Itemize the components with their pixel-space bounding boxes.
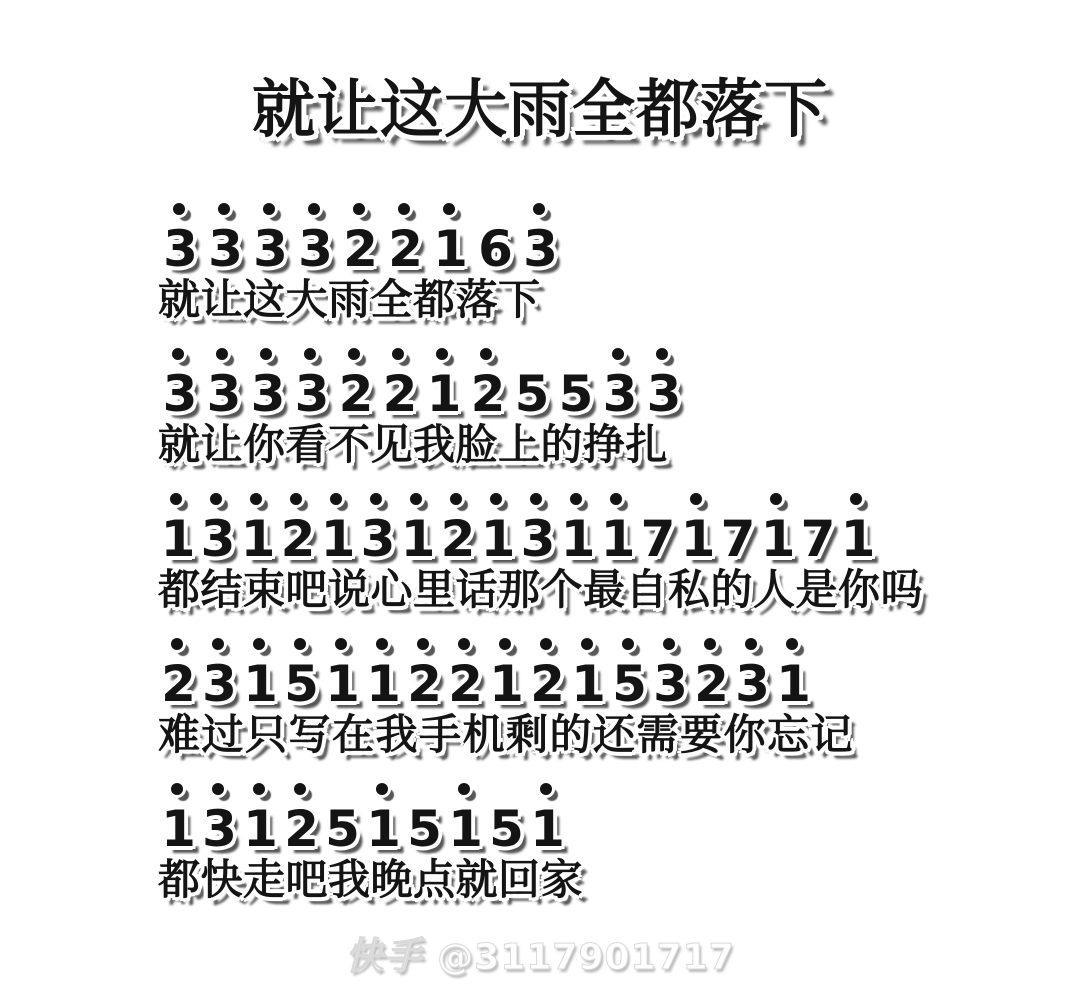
octave-dot-icon (480, 348, 492, 360)
note-number: 7 (798, 514, 838, 564)
octave-dot-cell (518, 203, 563, 215)
note-number: 1 (678, 514, 718, 564)
octave-dot-icon (290, 493, 302, 505)
lyrics-text: 都结束吧说心里话那个最自私的人是你吗 (158, 566, 1080, 613)
notes-row: 1312515151 (158, 802, 1080, 856)
octave-dot-cell (422, 348, 466, 360)
octave-dot-cell (398, 493, 438, 505)
note-number: 1 (238, 514, 278, 564)
notes-row: 131213121311717171 (158, 512, 1080, 566)
note-number: 1 (398, 514, 438, 564)
octave-dot-icon (656, 348, 668, 360)
note-number: 3 (158, 224, 203, 274)
octave-dot-cell (281, 783, 322, 795)
octave-dot-cell (199, 783, 240, 795)
note-number: 2 (278, 514, 318, 564)
octave-dots-row (158, 341, 1080, 367)
octave-dot-cell (240, 638, 281, 650)
octave-dot-cell (678, 493, 718, 505)
notes-row: 333322163 (158, 222, 1080, 276)
octave-dot-cell (691, 638, 732, 650)
note-number: 3 (248, 224, 293, 274)
watermark-handle: @3117901717 (437, 937, 735, 978)
octave-dot-cell (527, 783, 568, 795)
octave-dot-cell (278, 493, 318, 505)
octave-dot-icon (353, 203, 365, 215)
octave-dot-icon (376, 783, 388, 795)
note-number: 1 (758, 514, 798, 564)
note-number: 1 (322, 659, 363, 709)
octave-dot-icon (704, 638, 716, 650)
note-number: 3 (203, 224, 248, 274)
note-number: 2 (404, 659, 445, 709)
note-number: 3 (202, 369, 246, 419)
octave-dot-cell (428, 203, 473, 215)
note-number: 2 (338, 224, 383, 274)
octave-dot-icon (533, 203, 545, 215)
lyrics-text: 都快走吧我晚点就回家 (158, 856, 1080, 903)
octave-dot-cell (732, 638, 773, 650)
note-number: 3 (598, 369, 642, 419)
octave-dot-cell (158, 783, 199, 795)
octave-dot-icon (786, 638, 798, 650)
octave-dot-icon (170, 493, 182, 505)
octave-dot-cell (158, 203, 203, 215)
score-line: 1312515151都快走吧我晚点就回家 (158, 776, 1080, 903)
octave-dot-icon (370, 493, 382, 505)
note-number: 1 (363, 804, 404, 854)
octave-dots-row (158, 776, 1080, 802)
note-number: 3 (199, 659, 240, 709)
octave-dot-cell (642, 348, 686, 360)
octave-dot-icon (294, 638, 306, 650)
note-number: 2 (158, 659, 199, 709)
octave-dot-icon (490, 493, 502, 505)
octave-dot-cell (558, 493, 598, 505)
octave-dot-cell (378, 348, 422, 360)
kuaishou-logo: 快手 (345, 934, 423, 978)
octave-dot-icon (745, 638, 757, 650)
note-number: 2 (527, 659, 568, 709)
octave-dot-cell (383, 203, 428, 215)
octave-dot-icon (253, 783, 265, 795)
octave-dot-icon (304, 348, 316, 360)
octave-dot-icon (171, 638, 183, 650)
note-number: 2 (445, 659, 486, 709)
octave-dot-cell (445, 783, 486, 795)
note-number: 2 (691, 659, 732, 709)
octave-dot-icon (250, 493, 262, 505)
octave-dot-icon (530, 493, 542, 505)
score-line: 131213121311717171都结束吧说心里话那个最自私的人是你吗 (158, 486, 1080, 613)
octave-dot-cell (598, 493, 638, 505)
octave-dot-icon (458, 638, 470, 650)
octave-dot-icon (392, 348, 404, 360)
octave-dot-cell (318, 493, 358, 505)
note-number: 1 (838, 514, 878, 564)
note-number: 5 (609, 659, 650, 709)
note-number: 5 (322, 804, 363, 854)
octave-dot-icon (212, 638, 224, 650)
note-number: 1 (158, 514, 198, 564)
octave-dot-icon (260, 348, 272, 360)
octave-dot-cell (334, 348, 378, 360)
octave-dot-icon (570, 493, 582, 505)
note-number: 1 (428, 224, 473, 274)
octave-dots-row (158, 486, 1080, 512)
note-number: 1 (318, 514, 358, 564)
note-number: 1 (598, 514, 638, 564)
octave-dot-icon (212, 783, 224, 795)
lyrics-text: 就让你看不见我脸上的挣扎 (158, 421, 1080, 468)
octave-dot-icon (216, 348, 228, 360)
note-number: 1 (527, 804, 568, 854)
octave-dot-cell (486, 638, 527, 650)
octave-dot-cell (240, 783, 281, 795)
octave-dot-icon (663, 638, 675, 650)
note-number: 5 (281, 659, 322, 709)
octave-dot-icon (308, 203, 320, 215)
note-number: 6 (473, 224, 518, 274)
note-number: 5 (404, 804, 445, 854)
octave-dot-icon (622, 638, 634, 650)
octave-dot-icon (348, 348, 360, 360)
score-lines: 333322163就让这大雨全都落下333322125533就让你看不见我脸上的… (158, 196, 1080, 903)
octave-dot-icon (458, 783, 470, 795)
octave-dot-cell (609, 638, 650, 650)
octave-dot-icon (376, 638, 388, 650)
note-number: 3 (650, 659, 691, 709)
octave-dot-cell (358, 493, 398, 505)
octave-dot-icon (443, 203, 455, 215)
note-number: 7 (718, 514, 758, 564)
octave-dot-icon (263, 203, 275, 215)
octave-dot-icon (173, 203, 185, 215)
note-number: 5 (554, 369, 598, 419)
octave-dot-icon (540, 638, 552, 650)
octave-dot-icon (581, 638, 593, 650)
page-title: 就让这大雨全都落下 (0, 72, 1080, 148)
note-number: 1 (240, 804, 281, 854)
octave-dot-icon (770, 493, 782, 505)
note-number: 3 (199, 804, 240, 854)
octave-dot-cell (281, 638, 322, 650)
octave-dot-icon (540, 783, 552, 795)
note-number: 1 (486, 659, 527, 709)
score-line: 333322125533就让你看不见我脸上的挣扎 (158, 341, 1080, 468)
octave-dot-cell (758, 493, 798, 505)
note-number: 5 (486, 804, 527, 854)
octave-dot-icon (850, 493, 862, 505)
octave-dot-icon (330, 493, 342, 505)
notes-row: 2315112212153231 (158, 657, 1080, 711)
score-line: 2315112212153231难过只写在我手机剩的还需要你忘记 (158, 631, 1080, 758)
octave-dot-cell (202, 348, 246, 360)
octave-dot-cell (363, 638, 404, 650)
octave-dot-cell (246, 348, 290, 360)
note-number: 2 (281, 804, 322, 854)
note-number: 3 (246, 369, 290, 419)
octave-dot-cell (404, 638, 445, 650)
note-number: 1 (422, 369, 466, 419)
octave-dot-icon (335, 638, 347, 650)
octave-dot-icon (210, 493, 222, 505)
octave-dots-row (158, 196, 1080, 222)
note-number: 1 (158, 804, 199, 854)
octave-dot-icon (690, 493, 702, 505)
note-number: 1 (558, 514, 598, 564)
octave-dot-cell (158, 493, 198, 505)
note-number: 1 (445, 804, 486, 854)
note-number: 2 (378, 369, 422, 419)
octave-dot-cell (203, 203, 248, 215)
note-number: 1 (478, 514, 518, 564)
octave-dot-cell (650, 638, 691, 650)
octave-dot-cell (568, 638, 609, 650)
watermark: 快手@3117901717 (0, 937, 1080, 976)
octave-dot-icon (410, 493, 422, 505)
octave-dot-cell (598, 348, 642, 360)
octave-dot-cell (158, 638, 199, 650)
octave-dot-cell (158, 348, 202, 360)
octave-dot-cell (338, 203, 383, 215)
octave-dot-cell (838, 493, 878, 505)
octave-dot-cell (445, 638, 486, 650)
lyrics-text: 难过只写在我手机剩的还需要你忘记 (158, 711, 1080, 758)
octave-dot-icon (612, 348, 624, 360)
note-number: 2 (466, 369, 510, 419)
octave-dot-cell (438, 493, 478, 505)
note-number: 3 (198, 514, 238, 564)
octave-dot-cell (363, 783, 404, 795)
octave-dot-icon (417, 638, 429, 650)
octave-dot-cell (290, 348, 334, 360)
note-number: 3 (518, 514, 558, 564)
note-number: 3 (642, 369, 686, 419)
score-line: 333322163就让这大雨全都落下 (158, 196, 1080, 323)
note-number: 3 (358, 514, 398, 564)
octave-dot-cell (199, 638, 240, 650)
octave-dot-icon (610, 493, 622, 505)
octave-dot-cell (238, 493, 278, 505)
octave-dot-cell (466, 348, 510, 360)
note-number: 1 (773, 659, 814, 709)
octave-dot-cell (478, 493, 518, 505)
note-number: 7 (638, 514, 678, 564)
octave-dot-icon (172, 348, 184, 360)
octave-dot-icon (253, 638, 265, 650)
octave-dot-cell (293, 203, 338, 215)
octave-dot-icon (499, 638, 511, 650)
note-number: 2 (334, 369, 378, 419)
note-number: 2 (438, 514, 478, 564)
note-number: 1 (363, 659, 404, 709)
octave-dot-icon (398, 203, 410, 215)
octave-dot-icon (450, 493, 462, 505)
note-number: 3 (732, 659, 773, 709)
note-number: 5 (510, 369, 554, 419)
note-number: 3 (518, 224, 563, 274)
lyrics-text: 就让这大雨全都落下 (158, 276, 1080, 323)
octave-dots-row (158, 631, 1080, 657)
octave-dot-icon (436, 348, 448, 360)
octave-dot-cell (198, 493, 238, 505)
score: 333322163就让这大雨全都落下333322125533就让你看不见我脸上的… (158, 196, 1080, 903)
note-number: 3 (290, 369, 334, 419)
octave-dot-icon (294, 783, 306, 795)
octave-dot-icon (171, 783, 183, 795)
note-number: 2 (383, 224, 428, 274)
note-number: 3 (293, 224, 338, 274)
note-number: 1 (240, 659, 281, 709)
octave-dot-cell (773, 638, 814, 650)
note-number: 1 (568, 659, 609, 709)
notes-row: 333322125533 (158, 367, 1080, 421)
octave-dot-cell (248, 203, 293, 215)
octave-dot-icon (218, 203, 230, 215)
octave-dot-cell (322, 638, 363, 650)
note-number: 3 (158, 369, 202, 419)
octave-dot-cell (527, 638, 568, 650)
octave-dot-cell (518, 493, 558, 505)
